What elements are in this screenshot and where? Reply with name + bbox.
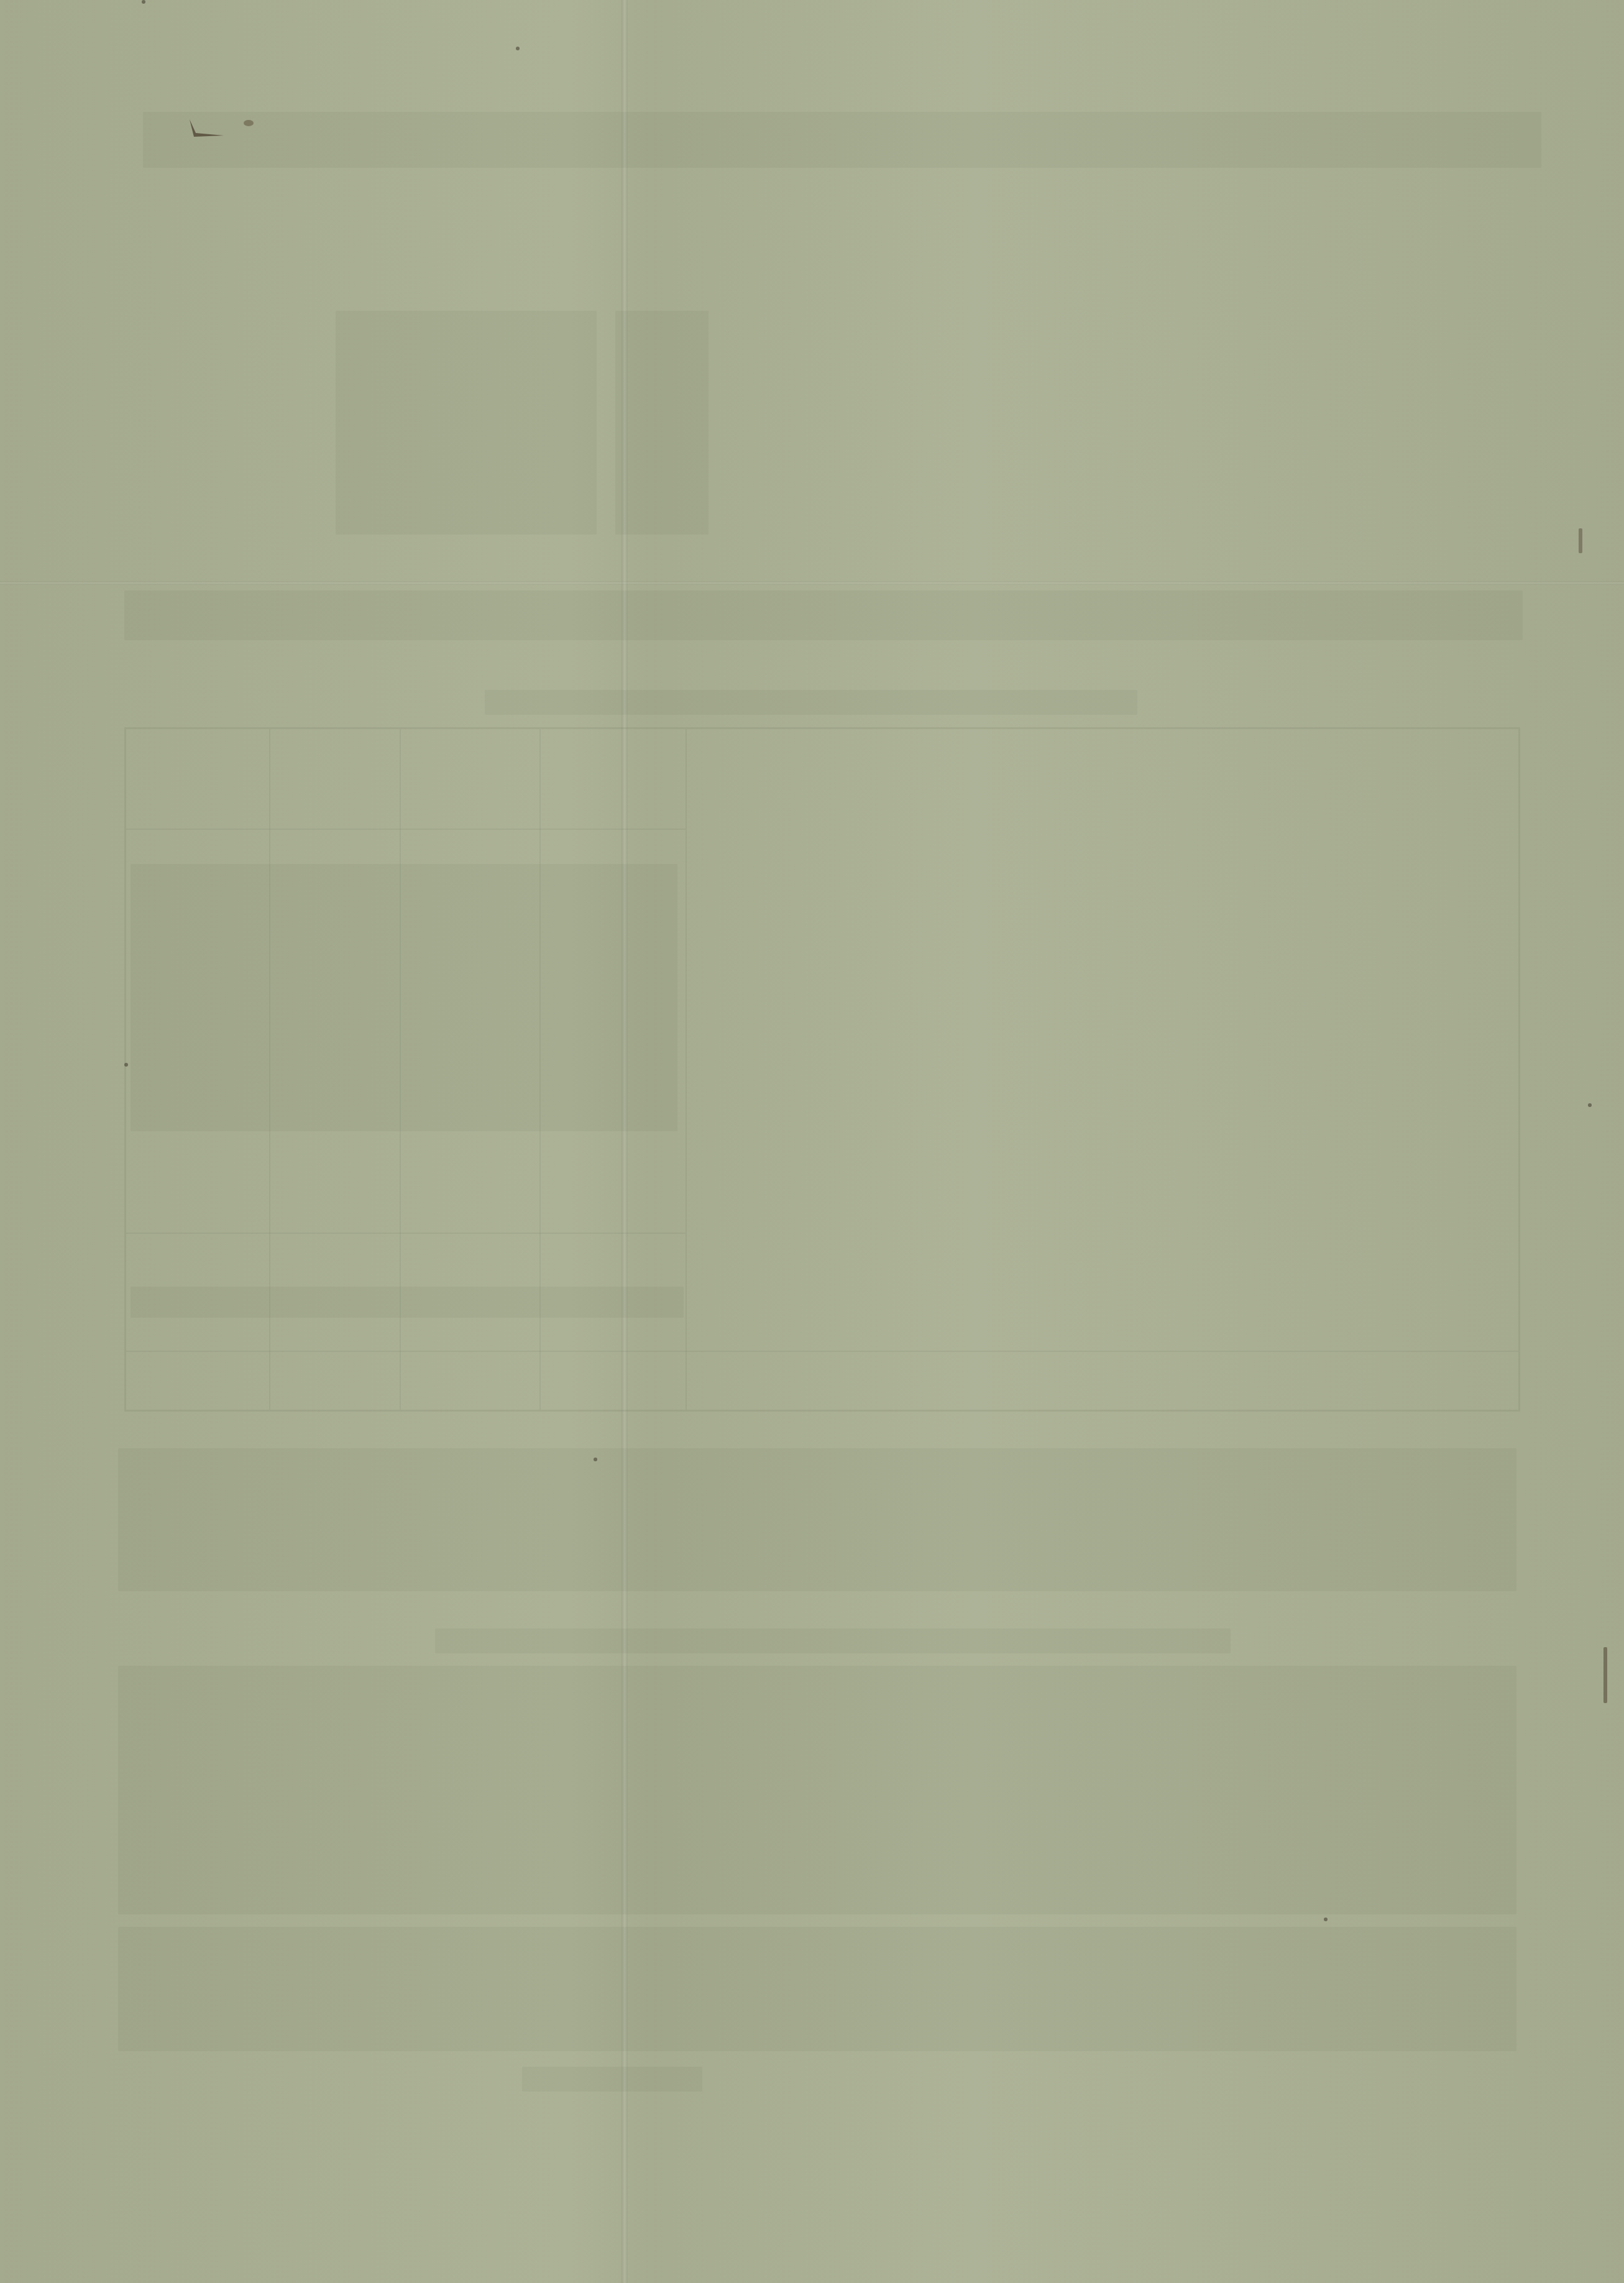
paper-speck [1324,1918,1328,1921]
paper-speck [124,1063,128,1067]
bleed-through-lower-heading [435,1628,1231,1653]
horizontal-fold-crease [0,581,1624,585]
edge-tear-mark [1579,528,1582,553]
bleed-through-lower-paragraph [118,1448,1516,1591]
bleed-through-caption [485,690,1137,715]
bleed-through-table-figures [131,864,677,1131]
scanned-page-reverse: blank paper with mirrored bleed-through … [0,0,1624,2283]
paper-speck [142,0,145,4]
paper-speck [516,47,520,50]
bleed-through-year-column [615,311,709,535]
bleed-through-table-total [131,1287,684,1318]
bleed-through-number-column [336,311,597,535]
bleed-through-paragraph [124,590,1523,640]
paper-speck [1588,1103,1592,1107]
edge-tear-mark [1603,1647,1607,1703]
bleed-through-lower-lines [118,1666,1516,1914]
paper-speck [594,1458,597,1461]
bleed-through-footer-label [522,2067,702,2092]
bleed-through-footer-text [118,1927,1516,2051]
bleed-through-header [143,112,1541,168]
ink-smudge-mark [186,118,255,143]
